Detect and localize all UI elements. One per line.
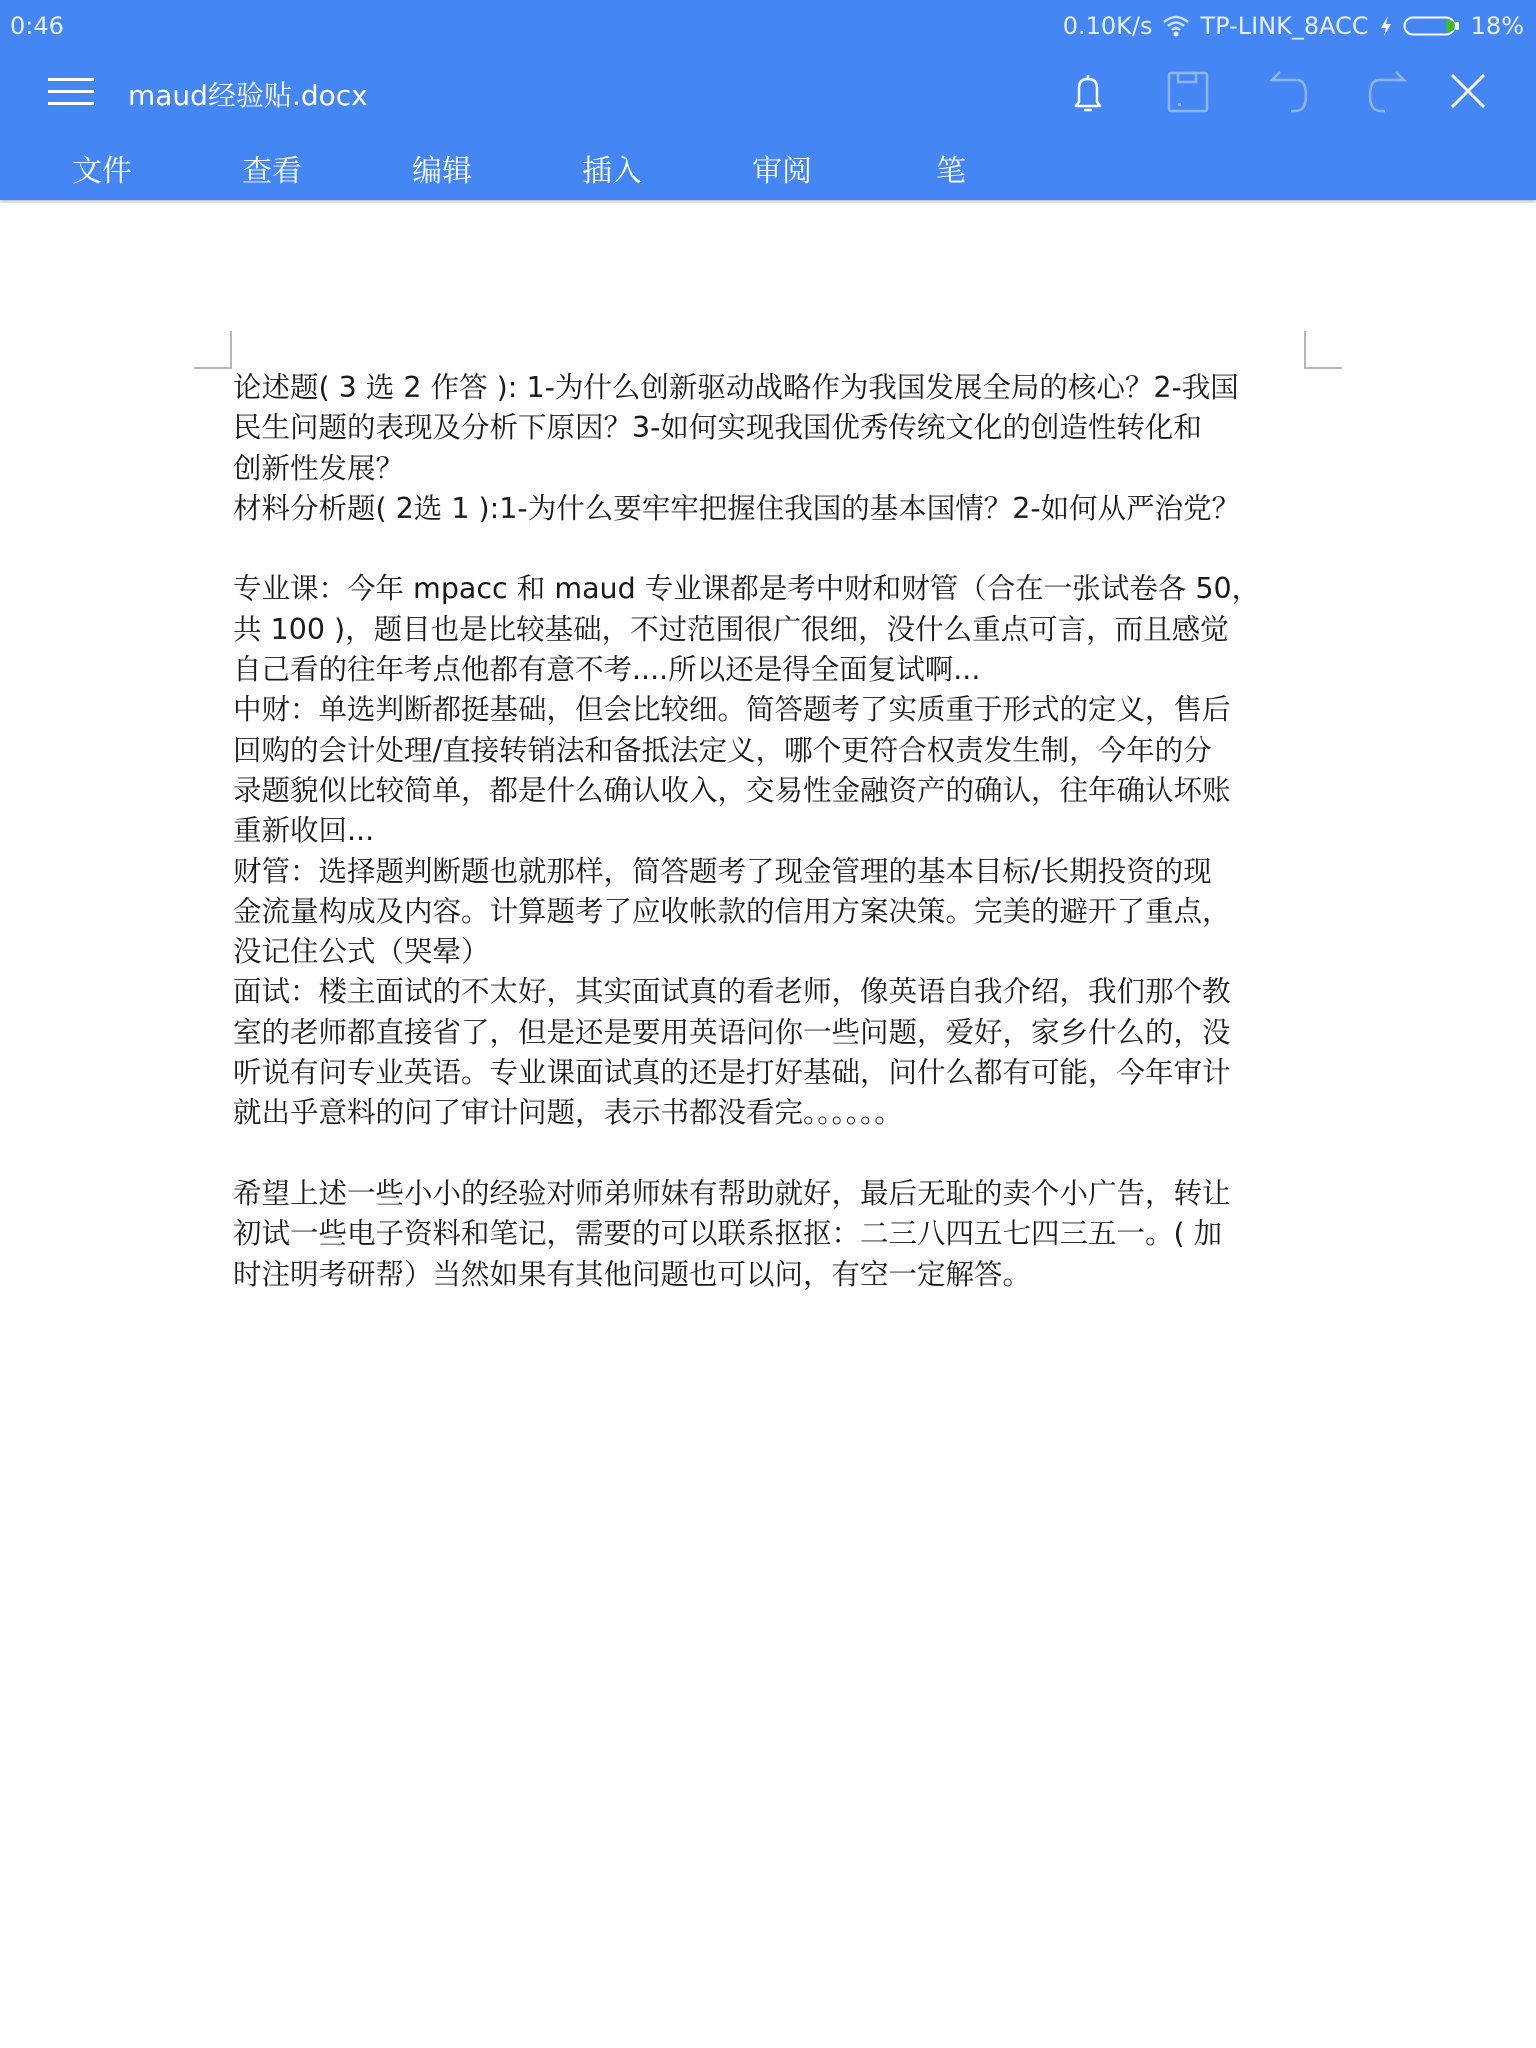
redo-icon[interactable]	[1362, 66, 1414, 118]
doc-blank-line	[233, 529, 1305, 569]
page-margin-corner-right	[1304, 331, 1342, 369]
document-body[interactable]: 论述题( 3 选 2 作答 ): 1-为什么创新驱动战略作为我国发展全局的核心？…	[233, 368, 1305, 1295]
tab-review[interactable]: 审阅	[752, 146, 812, 190]
menu-line	[48, 78, 94, 81]
doc-line: 自己看的往年考点他都有意不考....所以还是得全面复试啊...	[233, 650, 1305, 690]
menu-tabs: 文件 查看 编辑 插入 审阅 笔	[0, 140, 1536, 196]
wifi-name: TP-LINK_8ACC	[1200, 12, 1368, 40]
tab-pen[interactable]: 笔	[936, 146, 966, 190]
save-icon[interactable]	[1162, 66, 1214, 118]
tab-insert[interactable]: 插入	[582, 146, 642, 190]
doc-line: 没记住公式（哭晕）	[233, 932, 1305, 972]
doc-line: 专业课：今年 mpacc 和 maud 专业课都是考中财和财管（合在一张试卷各 …	[233, 569, 1305, 609]
doc-line: 材料分析题( 2选 1 ):1-为什么要牢牢把握住我国的基本国情？2-如何从严治…	[233, 489, 1305, 529]
bell-icon[interactable]	[1062, 66, 1114, 118]
status-time: 0:46	[10, 12, 64, 40]
doc-line: 初试一些电子资料和笔记，需要的可以联系抠抠：二三八四五七四三五一。( 加	[233, 1214, 1305, 1254]
status-bar: 0:46 0.10K/s TP-LINK_8ACC	[0, 0, 1536, 52]
app-header: 0:46 0.10K/s TP-LINK_8ACC	[0, 0, 1536, 200]
doc-blank-line	[233, 1134, 1305, 1174]
network-speed: 0.10K/s	[1063, 12, 1153, 40]
menu-icon[interactable]	[48, 74, 94, 108]
doc-line: 论述题( 3 选 2 作答 ): 1-为什么创新驱动战略作为我国发展全局的核心？…	[233, 368, 1305, 408]
tab-view[interactable]: 查看	[242, 146, 302, 190]
doc-line: 金流量构成及内容。计算题考了应收帐款的信用方案决策。完美的避开了重点，	[233, 892, 1305, 932]
undo-icon[interactable]	[1262, 66, 1314, 118]
doc-line: 面试：楼主面试的不太好，其实面试真的看老师，像英语自我介绍，我们那个教	[233, 972, 1305, 1012]
status-indicators: 0.10K/s TP-LINK_8ACC 18%	[1063, 12, 1524, 40]
menu-line	[48, 102, 94, 105]
doc-line: 民生问题的表现及分析下原因？3-如何实现我国优秀传统文化的创造性转化和	[233, 408, 1305, 448]
charging-icon	[1379, 15, 1393, 37]
menu-line	[48, 90, 94, 93]
doc-line: 财管：选择题判断题也就那样，简答题考了现金管理的基本目标/长期投资的现	[233, 852, 1305, 892]
battery-percent: 18%	[1471, 12, 1524, 40]
doc-line: 听说有问专业英语。专业课面试真的还是打好基础，问什么都有可能，今年审计	[233, 1053, 1305, 1093]
document-title: maud经验贴.docx	[128, 74, 368, 114]
document-page[interactable]: 论述题( 3 选 2 作答 ): 1-为什么创新驱动战略作为我国发展全局的核心？…	[0, 203, 1536, 2048]
doc-line: 就出乎意料的问了审计问题，表示书都没看完。。。。。。	[233, 1093, 1305, 1133]
doc-line: 回购的会计处理/直接转销法和备抵法定义，哪个更符合权责发生制，今年的分	[233, 731, 1305, 771]
doc-line: 室的老师都直接省了，但是还是要用英语问你一些问题，爱好，家乡什么的，没	[233, 1013, 1305, 1053]
doc-line: 时注明考研帮）当然如果有其他问题也可以问，有空一定解答。	[233, 1255, 1305, 1295]
doc-line: 录题貌似比较简单，都是什么确认收入，交易性金融资产的确认，往年确认坏账	[233, 771, 1305, 811]
doc-line: 希望上述一些小小的经验对师弟师妹有帮助就好，最后无耻的卖个小广告，转让	[233, 1174, 1305, 1214]
battery-icon	[1403, 15, 1461, 37]
wifi-icon	[1162, 14, 1190, 38]
doc-line: 创新性发展？	[233, 449, 1305, 489]
page-margin-corner-left	[194, 331, 232, 369]
close-icon[interactable]	[1442, 66, 1494, 118]
title-row: maud经验贴.docx	[0, 60, 1536, 124]
tab-file[interactable]: 文件	[72, 146, 132, 190]
tab-edit[interactable]: 编辑	[412, 146, 472, 190]
doc-line: 重新收回...	[233, 811, 1305, 851]
doc-line: 共 100 )，题目也是比较基础，不过范围很广很细，没什么重点可言，而且感觉	[233, 610, 1305, 650]
doc-line: 中财：单选判断都挺基础，但会比较细。简答题考了实质重于形式的定义，售后	[233, 690, 1305, 730]
